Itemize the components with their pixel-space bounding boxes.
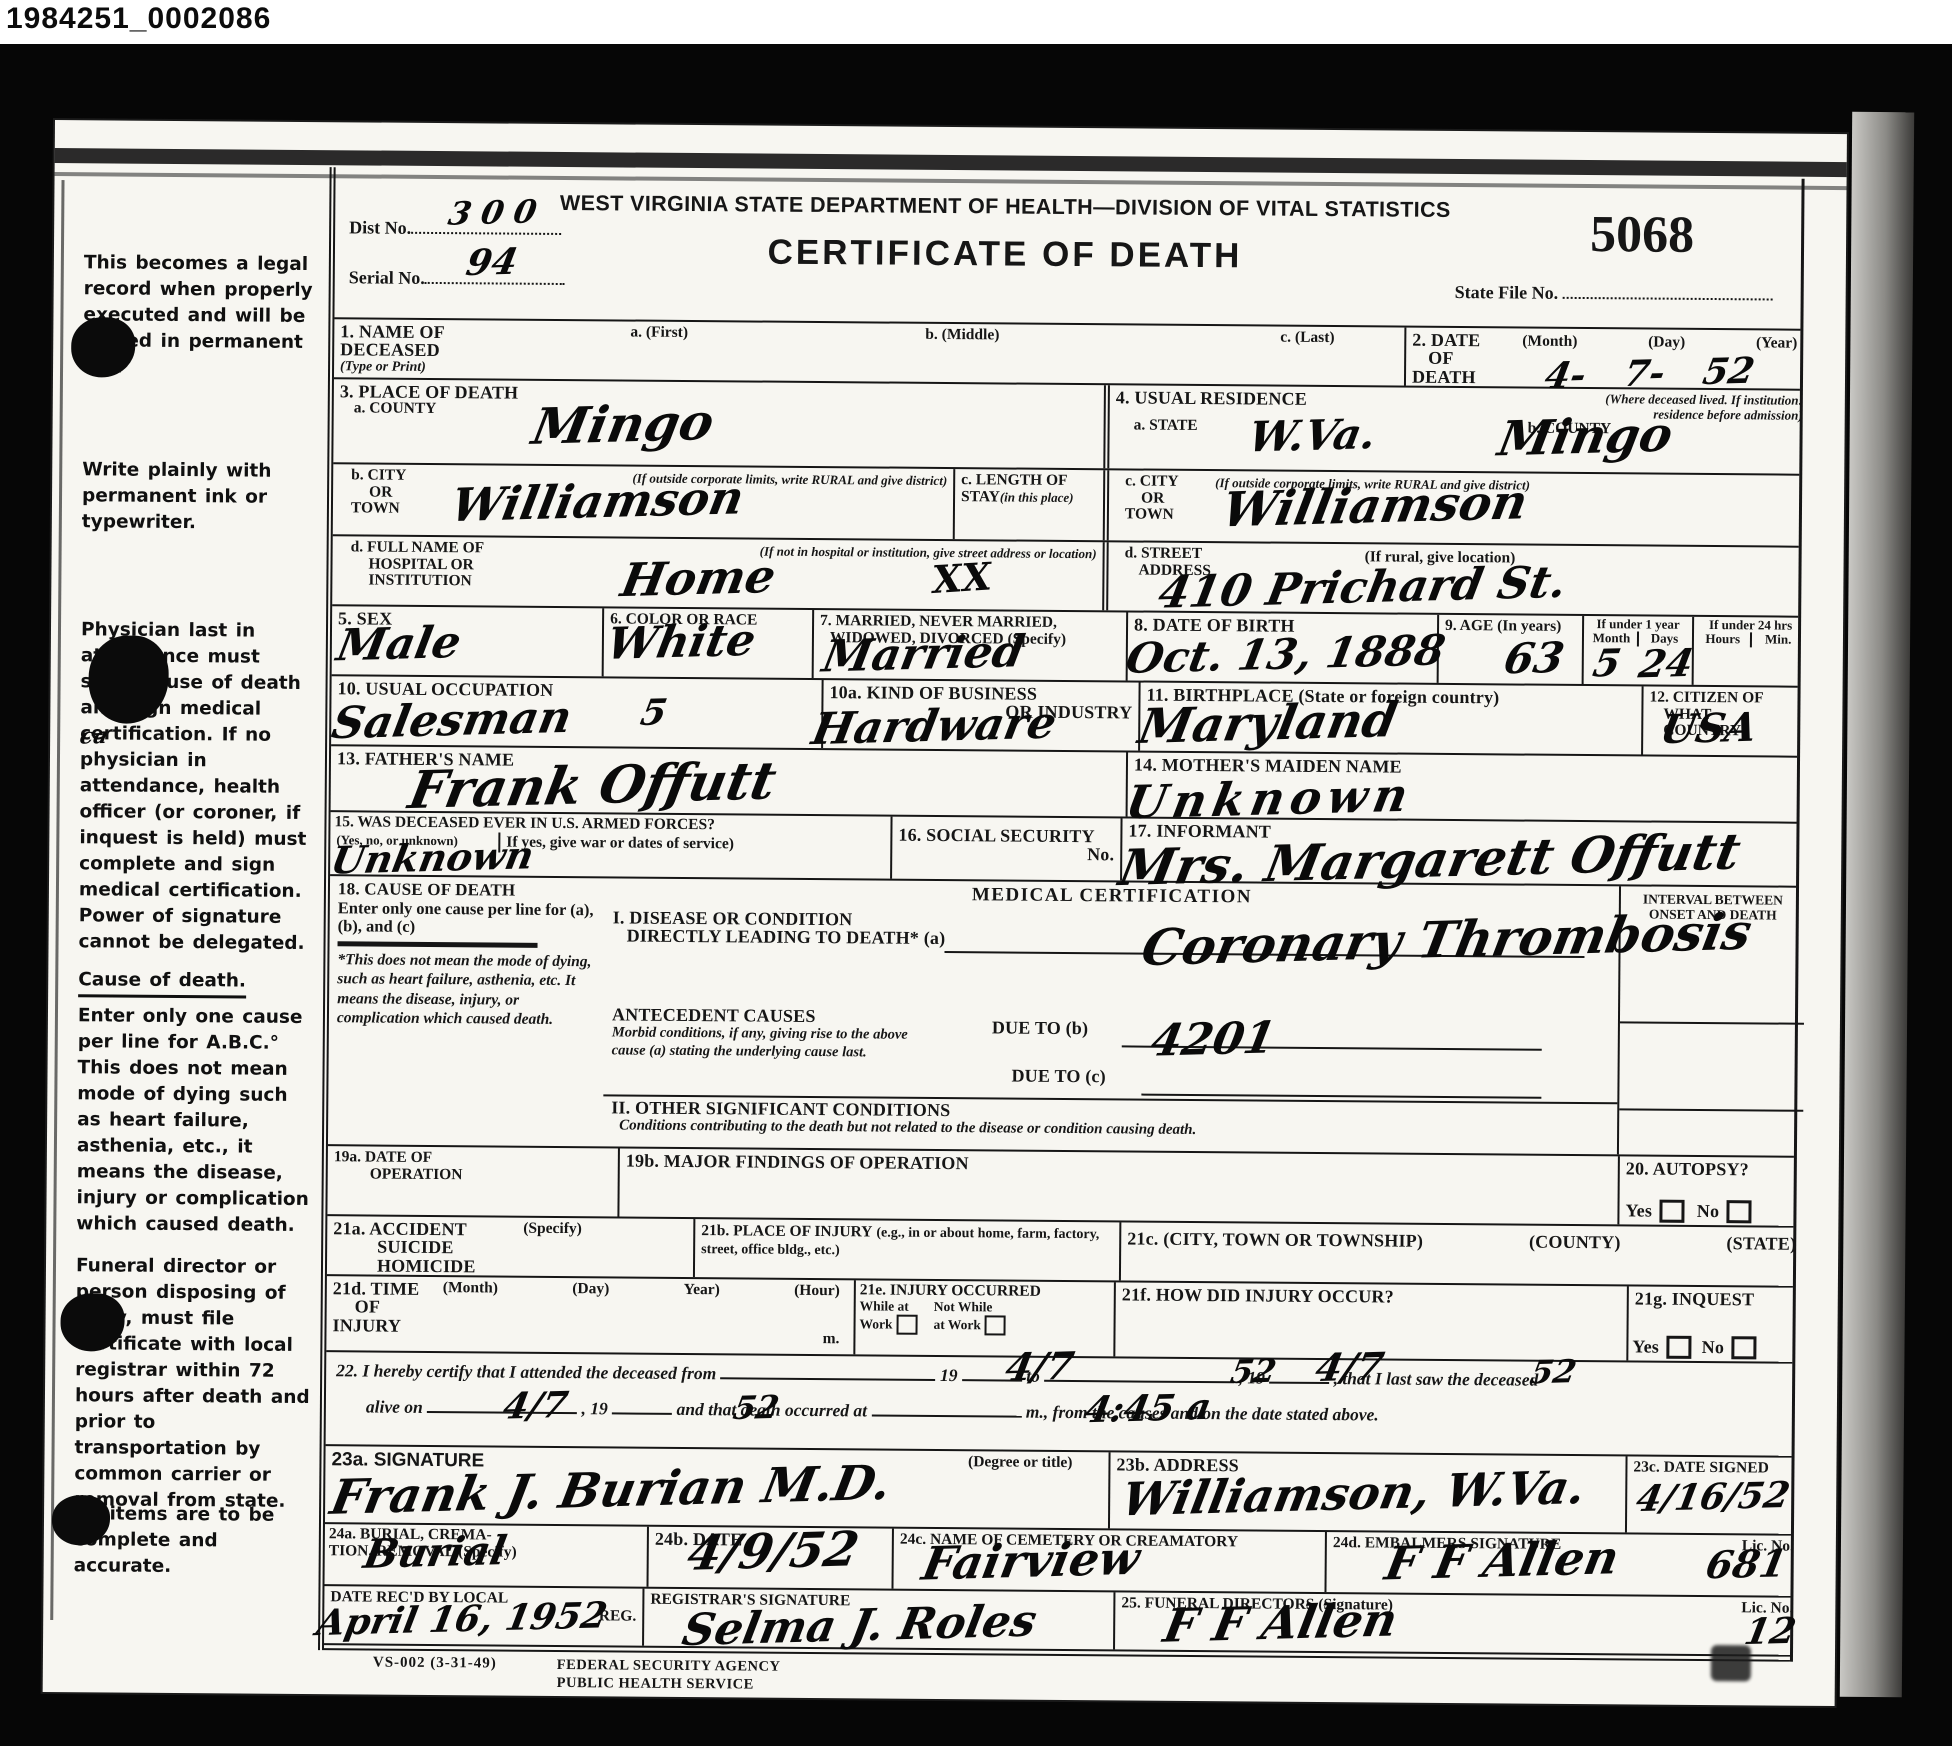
length-of-stay-note: (in this place)	[1000, 489, 1074, 505]
medical-certification-cell: MEDICAL CERTIFICATION I. DISEASE OR COND…	[603, 878, 1619, 1154]
under-1yr-days-value: 24	[1636, 644, 1696, 683]
dist-no-value: 300	[446, 195, 549, 230]
marital-cell: 7. MARRIED, NEVER MARRIED, WIDOWED, DIVO…	[812, 610, 1127, 680]
armed-forces-note2: If yes, give war or dates of service)	[500, 832, 886, 856]
time-of-injury-label: 21d. TIME	[333, 1279, 443, 1298]
autopsy-no-checkbox	[1726, 1200, 1751, 1223]
street-address-label: d. STREET	[1125, 545, 1255, 563]
place-of-injury-label: 21b. PLACE OF INJURY	[701, 1222, 872, 1240]
margin-heading-cause-of-death: Cause of death.	[78, 967, 316, 999]
birth-date-value: Oct. 13, 1888	[1123, 629, 1448, 679]
burial-cell: 24a. BURIAL, CREMA- TION, REMOVAL (Speci…	[325, 1524, 647, 1587]
embalmer-signature-value: F F Allen	[1382, 1534, 1623, 1586]
last-name-label: c. (Last)	[1220, 329, 1398, 347]
cemetery-cell: 24c. NAME OF CEMETERY OR CREAMATORY Fair…	[891, 1529, 1324, 1592]
hospital-value: Home	[618, 553, 780, 603]
injury-state-label: (STATE)	[1726, 1234, 1796, 1253]
major-findings-label: 19b. MAJOR FINDINGS OF OPERATION	[626, 1152, 1612, 1178]
cause-divider	[338, 941, 538, 948]
inquest-cell: 21g. INQUEST Yes No	[1626, 1286, 1802, 1361]
due-to-c-label: DUE TO (c)	[1011, 1067, 1105, 1086]
burial-date-value: 4/9/52	[684, 1525, 863, 1577]
accident-specify-label: (Specify)	[523, 1221, 582, 1277]
cause-of-death-heading: Cause of death.	[78, 967, 246, 998]
registrar-signature-value: Selma J. Roles	[679, 1600, 1040, 1653]
scan-page: 1984251_0002086 This becomes a legal rec…	[0, 0, 1952, 1746]
certify-alive-value: 4/7	[500, 1387, 570, 1425]
death-city-cell: b. CITY OR TOWN (If outside corporate li…	[333, 464, 954, 539]
inquest-yes-label: Yes	[1632, 1336, 1659, 1356]
certify-from-value: 4/7	[1002, 1347, 1076, 1387]
death-city-value: Williamson	[448, 474, 748, 528]
usual-residence-cell: 4. USUAL RESIDENCE (Where deceased lived…	[1103, 385, 1809, 474]
residence-state-label: a. STATE	[1134, 418, 1198, 435]
row-burial: 24a. BURIAL, CREMA- TION, REMOVAL (Speci…	[325, 1522, 1791, 1596]
autopsy-no-label: No	[1697, 1201, 1720, 1221]
margin-scribble: ca	[78, 725, 110, 748]
business-value: Hardware	[808, 702, 1059, 752]
burial-value: Burial	[361, 1531, 510, 1575]
injury-county-label: (COUNTY)	[1529, 1233, 1621, 1252]
occupation-code: 5	[638, 694, 670, 731]
burial-date-cell: 24b. DATE 4/9/52	[646, 1527, 891, 1589]
inquest-no-checkbox	[1731, 1336, 1756, 1359]
marital-value: Married	[819, 630, 1028, 679]
informant-cell: 17. INFORMANT Mrs. Margarett Offutt	[1120, 818, 1805, 885]
certify-to-value: 4/7	[1312, 1347, 1386, 1387]
residence-city-label: c. CITY	[1125, 473, 1215, 490]
state-file-label: State File No.	[1455, 282, 1559, 303]
certificate-title: CERTIFICATE OF DEATH	[575, 231, 1435, 278]
date-signed-cell: 23c. DATE SIGNED 4/16/52	[1625, 1456, 1801, 1533]
certificate-paper: This becomes a legal record when properl…	[43, 120, 1847, 1706]
certify-from-blank	[721, 1363, 936, 1381]
residence-city-cell: c. CITY OR TOWN (If outside corporate li…	[1103, 470, 1809, 546]
age-cell: 9. AGE (In years) 63	[1437, 615, 1583, 684]
place-county-value: Mingo	[528, 397, 718, 452]
residence-state-value: W.Va.	[1245, 413, 1380, 458]
place-of-death-cell: 3. PLACE OF DEATH a. COUNTY Mingo	[333, 379, 1104, 468]
row-parents: 13. FATHER'S NAME Frank Offutt 14. MOTHE…	[331, 744, 1797, 822]
while-at-work-checkbox	[897, 1314, 918, 1334]
department-title: WEST VIRGINIA STATE DEPARTMENT OF HEALTH…	[425, 190, 1585, 224]
inquest-yes-checkbox	[1666, 1336, 1691, 1359]
row-occupation: 10. USUAL OCCUPATION Salesman 5 10a. KIN…	[331, 674, 1798, 756]
date-signed-value: 4/16/52	[1633, 1477, 1792, 1517]
time-of-injury-m-label: m.	[823, 1331, 840, 1348]
due-to-c-line	[1141, 1094, 1541, 1099]
interval-row-b	[1619, 1023, 1804, 1111]
inquest-no-label: No	[1702, 1337, 1725, 1357]
age-under-24hr-cell: If under 24 hrs Hours Min.	[1692, 617, 1808, 686]
inquest-label: 21g. INQUEST	[1635, 1289, 1796, 1309]
row-medical-certification: 18. CAUSE OF DEATH Enter only one cause …	[328, 874, 1796, 1156]
under-24hr-min-label: Min.	[1751, 633, 1805, 648]
disease-section: I. DISEASE OR CONDITION DIRECTLY LEADING…	[604, 906, 1619, 1013]
cause-label: 18. CAUSE OF DEATH	[338, 880, 597, 899]
date-of-death-cell: 2. DATE OF DEATH (Month) (Day) (Year) 4-…	[1404, 328, 1809, 389]
autopsy-cell: 20. AUTOPSY? Yes No	[1617, 1156, 1803, 1225]
certificate-form: Dist No. 300 Serial No. 94 WEST VIRGINIA…	[318, 167, 1805, 1662]
accident-cell: 21a. ACCIDENT SUICIDE HOMICIDE (Specify)	[327, 1216, 693, 1277]
ssn-no-label: No.	[898, 844, 1114, 864]
physician-signature-value: Frank J. Burian M.D.	[327, 1459, 895, 1522]
birthplace-value: Maryland	[1135, 696, 1401, 751]
business-cell: 10a. KIND OF BUSINESS OR INDUSTRY Hardwa…	[821, 680, 1139, 750]
injury-city-label: 21c. (CITY, TOWN OR TOWNSHIP)	[1127, 1229, 1423, 1250]
informant-value: Mrs. Margarett Offutt	[1115, 827, 1744, 894]
embalmer-cell: 24d. EMBALMERS SIGNATURE Lic. No. F F Al…	[1324, 1532, 1799, 1596]
birth-date-cell: 8. DATE OF BIRTH Oct. 13, 1888	[1126, 612, 1438, 682]
under-24hr-hours-label: Hours	[1696, 632, 1752, 647]
first-name-label: a. (First)	[610, 324, 913, 343]
how-injury-label: 21f. HOW DID INJURY OCCUR?	[1122, 1285, 1621, 1307]
occupation-cell: 10. USUAL OCCUPATION Salesman 5	[331, 676, 822, 748]
armed-forces-value: Unknown	[328, 836, 537, 879]
state-file-line	[1563, 285, 1773, 301]
autopsy-yes-checkbox	[1659, 1200, 1684, 1223]
serial-no-value: 94	[463, 244, 520, 281]
antecedent-label: ANTECEDENT CAUSES	[612, 1005, 912, 1026]
sex-value: Male	[333, 621, 464, 668]
certify-time-value: 4:45 a	[1082, 1389, 1214, 1428]
row-forces-ssn-informant: 15. WAS DECEASED EVER IN U.S. ARMED FORC…	[330, 810, 1796, 886]
autopsy-yes-label: Yes	[1625, 1200, 1652, 1220]
serial-no-field: Serial No. 94	[349, 267, 565, 290]
certify-year3-value: 52	[731, 1391, 782, 1424]
middle-name-label: b. (Middle)	[925, 327, 1208, 346]
certify-year3-blank	[612, 1398, 672, 1414]
certify-time-blank	[871, 1400, 1021, 1417]
due-to-b-label: DUE TO (b)	[992, 1018, 1089, 1037]
certify-year2-value: 52	[1528, 1355, 1579, 1388]
physician-address-cell: 23b. ADDRESS Williamson, W.Va.	[1108, 1452, 1626, 1532]
date-of-operation-cell: 19a. DATE OF OPERATION	[327, 1146, 618, 1216]
length-of-stay-cell: c. LENGTH OF STAY(in this place)	[953, 469, 1104, 540]
name-first-cell: a. (First)	[604, 321, 919, 381]
form-footer: VS-002 (3-31-49) FEDERAL SECURITY AGENCY…	[373, 1655, 781, 1694]
hospital-xx-mark: XX	[931, 557, 992, 599]
under-1yr-month-value: 5	[1590, 644, 1624, 683]
sex-cell: 5. SEX Male	[332, 606, 603, 676]
accident-label: 21a. ACCIDENT	[333, 1219, 523, 1239]
row-signature: 23a. SIGNATURE (Degree or title) Frank J…	[325, 1444, 1792, 1534]
row-certify: 22. I hereby certify that I attended the…	[326, 1350, 1793, 1456]
date-received-value: April 16, 1952	[314, 1597, 610, 1641]
funeral-director-lic-value: 12	[1742, 1613, 1799, 1650]
age-under-1yr-cell: If under 1 year Month Days 5 24	[1582, 616, 1693, 685]
scan-id: 1984251_0002086	[6, 2, 271, 36]
occupation-value: Salesman	[328, 696, 575, 746]
date-of-death-label: 2. DATE	[1412, 331, 1522, 350]
year-col-label: (Year)	[1756, 335, 1798, 388]
state-file-field: State File No.	[1455, 282, 1773, 305]
name-last-cell: c. (Last)	[1214, 326, 1404, 385]
margin-instructions: This becomes a legal record when properl…	[43, 165, 330, 1657]
place-of-injury-cell: 21b. PLACE OF INJURY (e.g., in or about …	[693, 1219, 1119, 1280]
father-cell: 13. FATHER'S NAME Frank Offutt	[331, 746, 1126, 816]
page-curl-shadow	[1840, 112, 1914, 1697]
citizen-cell: 12. CITIZEN OF WHAT COUNTRY? USA	[1641, 686, 1807, 755]
time-of-injury-cell: 21d. TIME OF INJURY (Month) (Day) Year) …	[326, 1276, 854, 1354]
serial-no-label: Serial No.	[349, 267, 425, 288]
row-city: b. CITY OR TOWN (If outside corporate li…	[333, 462, 1800, 546]
street-address-cell: d. STREET ADDRESS (If rural, give locati…	[1102, 542, 1808, 616]
residence-county-value: Mingo	[1495, 411, 1677, 464]
race-value: White	[603, 619, 759, 667]
cause-note1: Enter only one cause per line for (a), (…	[338, 900, 597, 938]
birthplace-cell: 11. BIRTHPLACE (State or foreign country…	[1138, 683, 1642, 755]
embalmer-lic-value: 681	[1703, 1544, 1790, 1584]
dist-no-field: Dist No. 300	[349, 217, 561, 240]
cemetery-value: Fairview	[919, 1535, 1144, 1587]
ssn-label: 16. SOCIAL SECURITY	[898, 820, 1114, 846]
degree-label: (Degree or title)	[968, 1454, 1073, 1477]
margin-note-funeral-director: Funeral director or person disposing of …	[74, 1253, 314, 1515]
street-address-value: 410 Prichard St.	[1155, 561, 1570, 616]
father-value: Frank Offutt	[405, 755, 780, 817]
certify-year1-value: 52	[1228, 1355, 1279, 1388]
date-of-death-value: 4- 7- 52	[1542, 353, 1757, 395]
hospital-cell: d. FULL NAME OF HOSPITAL OR INSTITUTION …	[332, 536, 1103, 610]
registrar-signature-cell: REGISTRAR'S SIGNATURE Selma J. Roles	[642, 1589, 1113, 1650]
cause-of-death-label-cell: 18. CAUSE OF DEATH Enter only one cause …	[328, 876, 605, 1146]
date-received-cell: DATE REC'D BY LOCAL REG. April 16, 1952	[324, 1586, 642, 1645]
physician-address-value: Williamson, W.Va.	[1118, 1464, 1589, 1522]
age-label: 9. AGE	[1445, 617, 1493, 634]
antecedent-section: ANTECEDENT CAUSES Morbid conditions, if …	[603, 1005, 1618, 1102]
row-operation: 19a. DATE OF OPERATION 19b. MAJOR FINDIN…	[327, 1144, 1794, 1226]
citizen-value: USA	[1657, 708, 1760, 750]
row-hospital-street: d. FULL NAME OF HOSPITAL OR INSTITUTION …	[332, 534, 1799, 616]
margin-note-write-plainly: Write plainly with permanent ink or type…	[82, 457, 321, 537]
ssn-cell: 16. SOCIAL SECURITY No.	[890, 817, 1120, 881]
injury-city-cell: 21c. (CITY, TOWN OR TOWNSHIP) (COUNTY) (…	[1119, 1222, 1802, 1285]
funeral-director-value: F F Allen	[1160, 1597, 1401, 1649]
cause-note2: *This does not mean the mode of dying, s…	[337, 950, 597, 1030]
death-city-label: b. CITY	[351, 467, 446, 484]
form-number: VS-002 (3-31-49)	[373, 1655, 497, 1673]
mother-cell: 14. MOTHER'S MAIDEN NAME Unknown	[1126, 752, 1806, 821]
not-while-at-work-checkbox	[985, 1315, 1006, 1335]
antecedent-note: Morbid conditions, if any, giving rise t…	[612, 1024, 912, 1063]
race-cell: 6. COLOR OR RACE White	[602, 608, 813, 678]
due-to-b-value: 4201	[1147, 1017, 1278, 1064]
name-of-deceased-label-cell: 1. NAME OF DECEASED (Type or Print)	[334, 319, 604, 379]
margin-note-one-cause: Enter only one cause per line for A.B.C.…	[76, 1003, 316, 1239]
armed-forces-cell: 15. WAS DECEASED EVER IN U.S. ARMED FORC…	[330, 812, 890, 878]
scan-id-strip: 1984251_0002086	[0, 0, 1952, 44]
age-value: 63	[1501, 637, 1568, 680]
major-findings-cell: 19b. MAJOR FINDINGS OF OPERATION	[617, 1148, 1618, 1224]
funeral-director-cell: 25. FUNERAL DIRECTORS (Signature) Lic. N…	[1113, 1592, 1799, 1654]
mother-value: Unknown	[1122, 772, 1417, 826]
residence-city-value: Williamson	[1218, 478, 1531, 534]
dist-no-label: Dist No.	[349, 217, 411, 237]
physician-signature-cell: 23a. SIGNATURE (Degree or title) Frank J…	[325, 1446, 1109, 1528]
name-middle-cell: b. (Middle)	[919, 324, 1214, 384]
agency-footer: FEDERAL SECURITY AGENCY PUBLIC HEALTH SE…	[557, 1656, 781, 1694]
autopsy-label: 20. AUTOPSY?	[1626, 1159, 1797, 1179]
row-registrar: DATE REC'D BY LOCAL REG. April 16, 1952 …	[324, 1584, 1790, 1662]
row-sex-race-age: 5. SEX Male 6. COLOR OR RACE White 7. MA…	[332, 604, 1799, 686]
state-file-number: 5068	[1590, 205, 1694, 265]
form-header: Dist No. 300 Serial No. 94 WEST VIRGINIA…	[334, 167, 1801, 329]
